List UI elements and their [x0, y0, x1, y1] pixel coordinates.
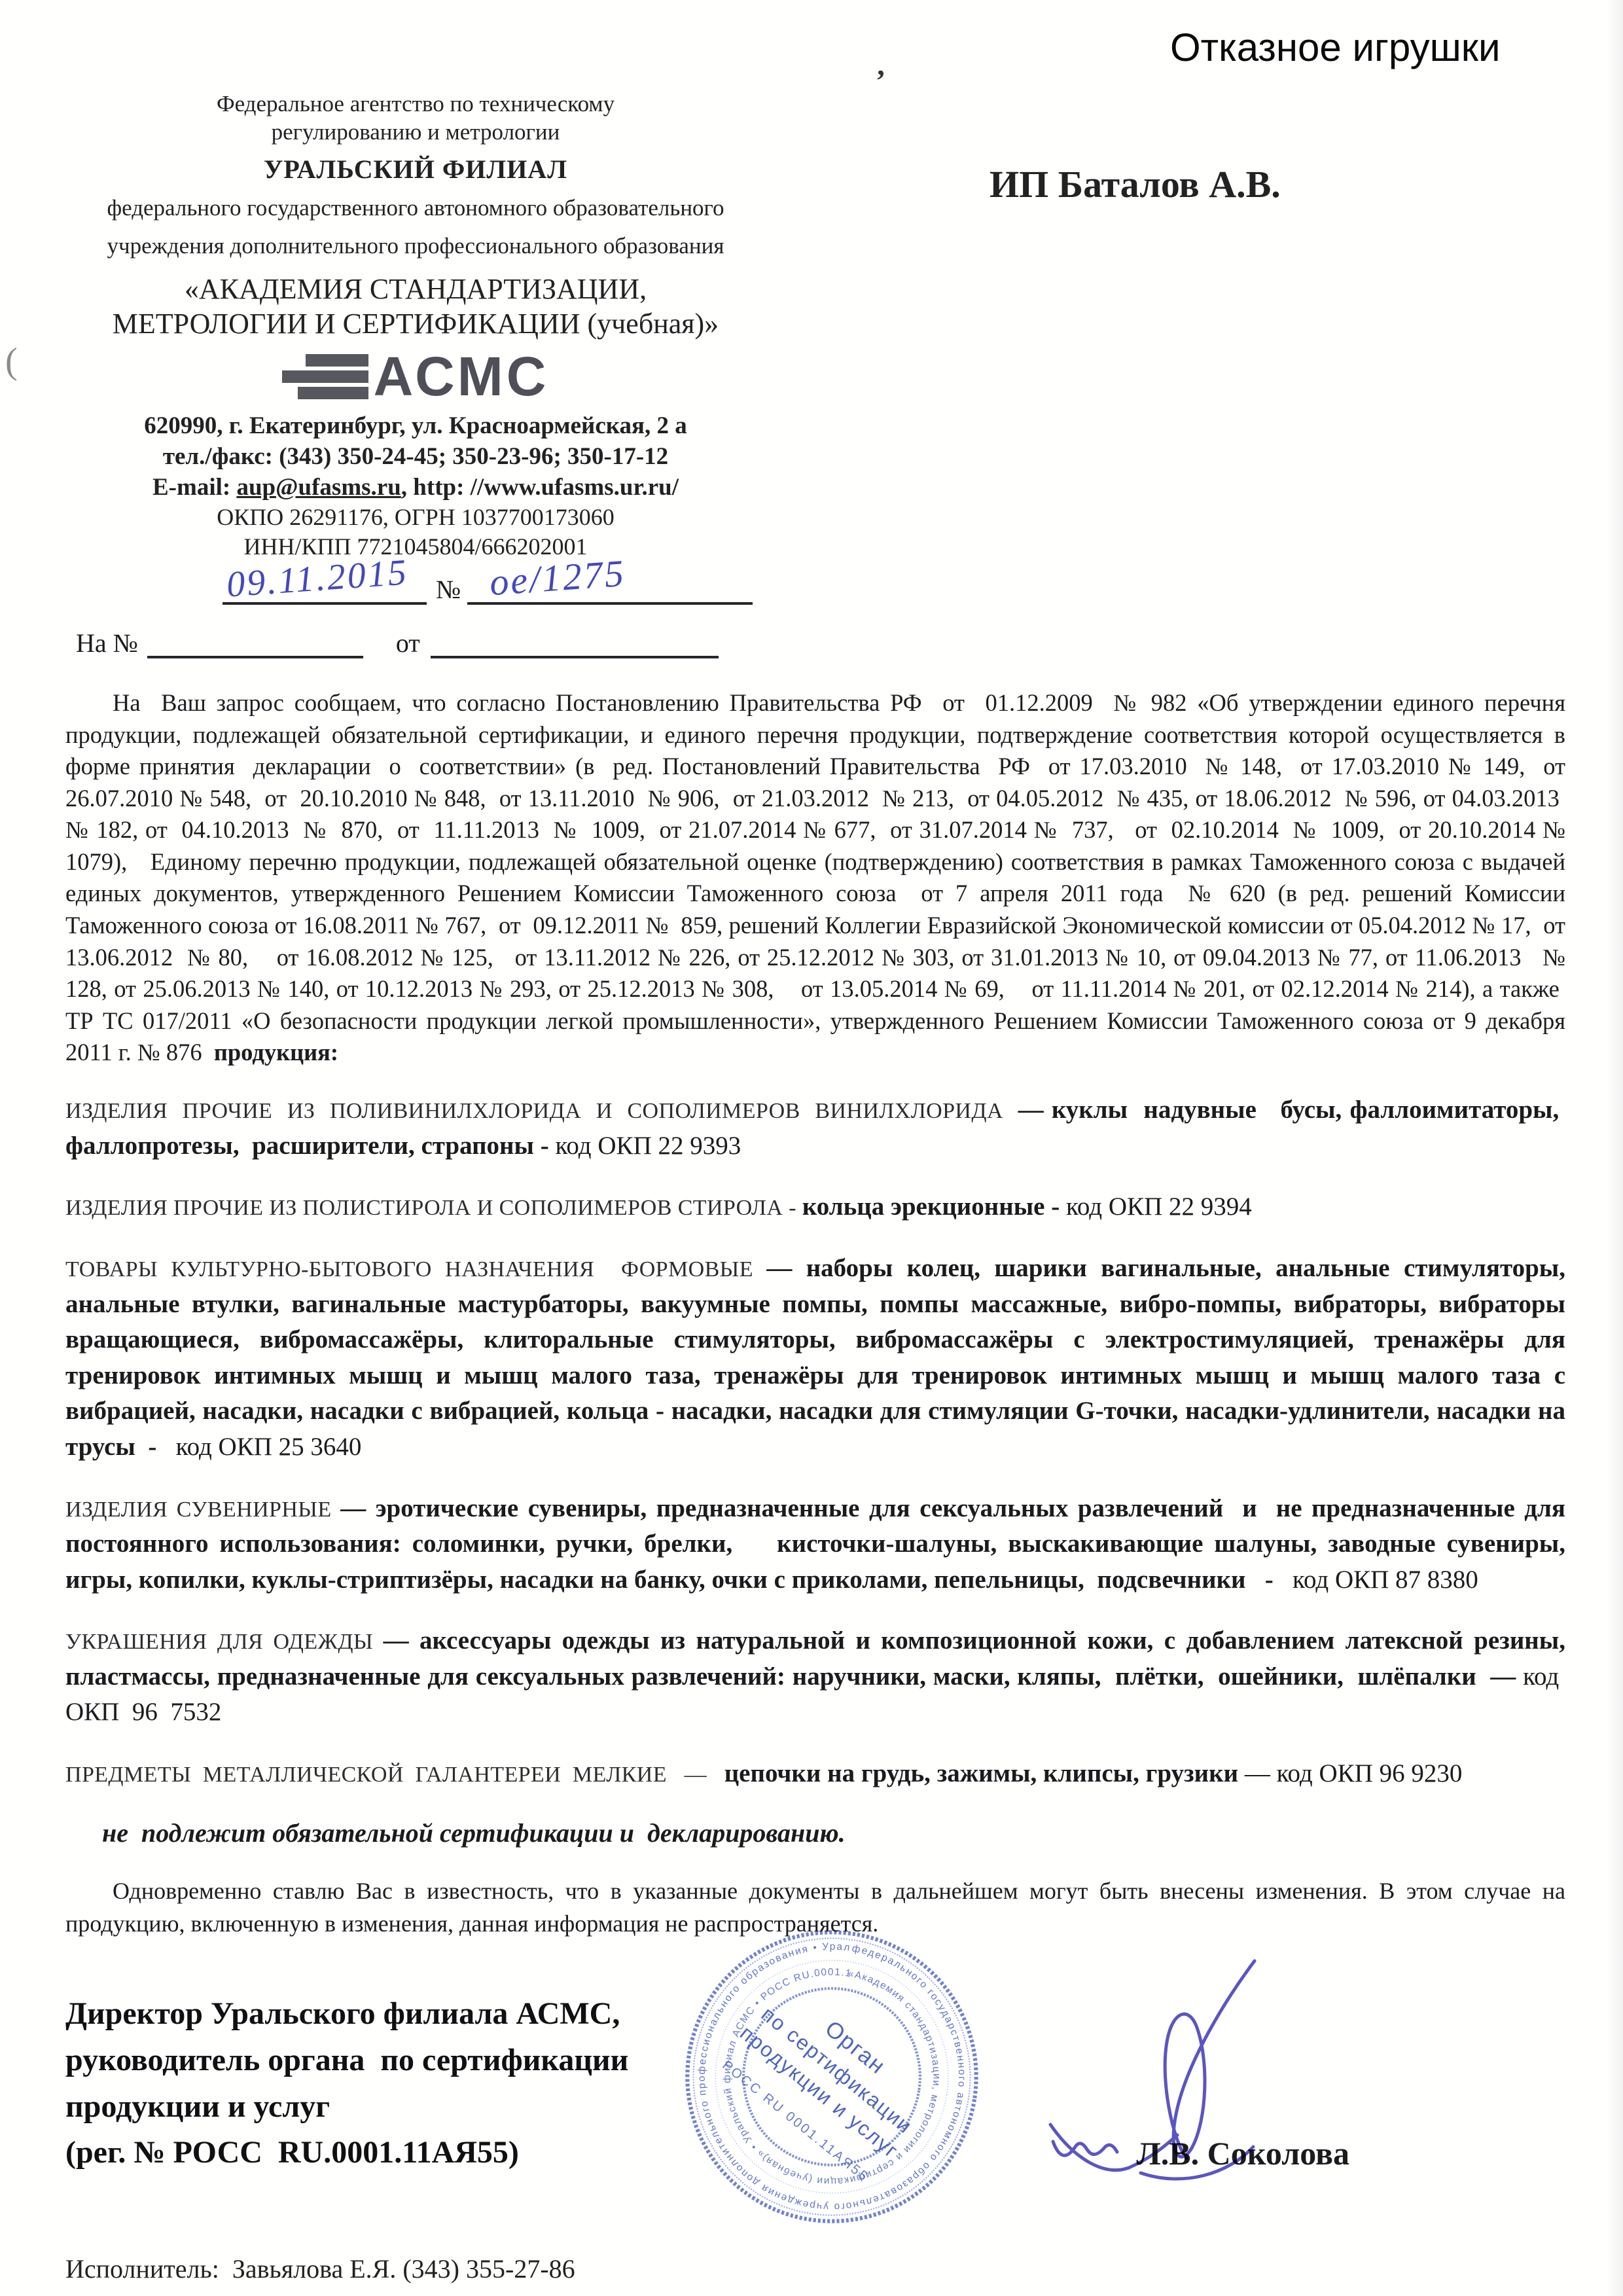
okpo-ogrn-line: ОКПО 26291176, ОГРН 1037700173060 — [85, 503, 746, 532]
date-underline: 09.11.2015 — [223, 571, 427, 605]
main-paragraph-text: На Ваш запрос сообщаем, что согласно Пос… — [65, 689, 1565, 1066]
signature-ink — [1011, 1950, 1319, 2212]
academy-name-line1: «АКАДЕМИЯ СТАНДАРТИЗАЦИИ, — [85, 272, 746, 307]
product-item-souvenirs: ИЗДЕЛИЯ СУВЕНИРНЫЕ — эротические сувенир… — [65, 1491, 1565, 1598]
acmc-logo: АСМС — [85, 345, 746, 408]
na-number-label: На № — [76, 628, 138, 658]
ot-label: от — [396, 628, 420, 658]
website-url: , http: //www.ufasms.ur.ru/ — [401, 474, 679, 501]
letterhead-address: 620990, г. Екатеринбург, ул. Красноармей… — [85, 411, 746, 442]
agency-name-line1: Федеральное агентство по техническому — [85, 90, 746, 118]
product-okp-code: код ОКП 87 8380 — [1293, 1566, 1478, 1594]
product-category: ТОВАРЫ КУЛЬТУРНО-БЫТОВОГО НАЗНАЧЕНИЯ ФОР… — [65, 1257, 766, 1282]
product-category: ИЗДЕЛИЯ ПРОЧИЕ ИЗ ПОЛИСТИРОЛА И СОПОЛИМЕ… — [65, 1196, 802, 1220]
org-line2: учреждения дополнительного профессиональ… — [85, 232, 746, 260]
product-okp-code: — код ОКП 96 9230 — [1245, 1759, 1463, 1787]
email-address: aup@ufasms.ru — [236, 474, 401, 501]
product-list-bold: — наборы колец, шарики вагинальные, анал… — [65, 1254, 1565, 1461]
product-category: ИЗДЕЛИЯ ПРОЧИЕ ИЗ ПОЛИВИНИЛХЛОРИДА И СОП… — [65, 1099, 1018, 1123]
product-item-pvc: ИЗДЕЛИЯ ПРОЧИЕ ИЗ ПОЛИВИНИЛХЛОРИДА И СОП… — [65, 1092, 1565, 1164]
academy-name: «АКАДЕМИЯ СТАНДАРТИЗАЦИИ, МЕТРОЛОГИИ И С… — [85, 272, 746, 342]
inn-kpp-line: ИНН/КПП 7721045804/666202001 — [85, 532, 746, 562]
product-item-polystyrene: ИЗДЕЛИЯ ПРОЧИЕ ИЗ ПОЛИСТИРОЛА И СОПОЛИМЕ… — [65, 1189, 1565, 1225]
product-category: УКРАШЕНИЯ ДЛЯ ОДЕЖДЫ — [65, 1630, 383, 1654]
letterhead-email-line: E-mail: aup@ufasms.ru, http: //www.ufasm… — [85, 473, 746, 503]
letterhead: Федеральное агентство по техническому ре… — [85, 90, 746, 562]
acmc-logo-text: АСМС — [374, 345, 550, 408]
executor-line: Исполнитель: Завьялова Е.Я. (343) 355-27… — [65, 2253, 1565, 2284]
na-underline — [147, 624, 363, 658]
product-item-household: ТОВАРЫ КУЛЬТУРНО-БЫТОВОГО НАЗНАЧЕНИЯ ФОР… — [65, 1251, 1565, 1465]
main-paragraph-bold-tail: продукция: — [214, 1039, 338, 1066]
product-okp-code: код ОКП 25 3640 — [176, 1433, 362, 1461]
handwritten-number: ое/1275 — [488, 551, 627, 604]
letterhead-phone: тел./факс: (343) 350-24-45; 350-23-96; 3… — [85, 442, 746, 473]
main-paragraph: На Ваш запрос сообщаем, что согласно Пос… — [65, 687, 1565, 1068]
product-category: ИЗДЕЛИЯ СУВЕНИРНЫЕ — [65, 1498, 340, 1522]
number-underline: ое/1275 — [467, 571, 753, 605]
scanned-letter-page: Отказное игрушки ИП Баталов А.В. ’ ( Фед… — [0, 0, 1623, 2296]
scan-artifact-paren: ( — [5, 340, 18, 382]
acmc-logo-bars-icon — [282, 352, 368, 401]
org-line1: федерального государственного автономног… — [85, 194, 746, 223]
ot-underline — [431, 624, 719, 658]
product-list-bold: кольца эрекционные - — [802, 1193, 1066, 1221]
product-item-metal-haberdashery: ПРЕДМЕТЫ МЕТАЛЛИЧЕСКОЙ ГАЛАНТЕРЕИ МЕЛКИЕ… — [65, 1756, 1565, 1792]
branch-name: УРАЛЬСКИЙ ФИЛИАЛ — [85, 154, 746, 185]
round-stamp: федерального государственного автономног… — [656, 1901, 1008, 2253]
outgoing-number-row: 09.11.2015№ое/1275 — [223, 571, 1565, 605]
number-sign: № — [436, 575, 461, 604]
product-list-bold: цепочки на грудь, зажимы, клипсы, грузик… — [724, 1759, 1245, 1787]
product-item-clothing-accessories: УКРАШЕНИЯ ДЛЯ ОДЕЖДЫ — аксессуары одежды… — [65, 1623, 1565, 1731]
incoming-number-row: На №от — [76, 624, 1565, 658]
academy-name-line2: МЕТРОЛОГИИ И СЕРТИФИКАЦИИ (учебная)» — [85, 307, 746, 342]
email-label: E-mail: — [152, 474, 236, 501]
scan-edge-shadow — [1606, 0, 1623, 2296]
conclusion-italic-line: не подлежит обязательной сертификации и … — [65, 1818, 1565, 1848]
agency-name-line2: регулированию и метрологии — [85, 118, 746, 147]
product-category: ПРЕДМЕТЫ МЕТАЛЛИЧЕСКОЙ ГАЛАНТЕРЕИ МЕЛКИЕ… — [65, 1763, 724, 1787]
product-okp-code: код ОКП 22 9394 — [1066, 1193, 1252, 1221]
product-okp-code: код ОКП 22 9393 — [555, 1132, 741, 1160]
